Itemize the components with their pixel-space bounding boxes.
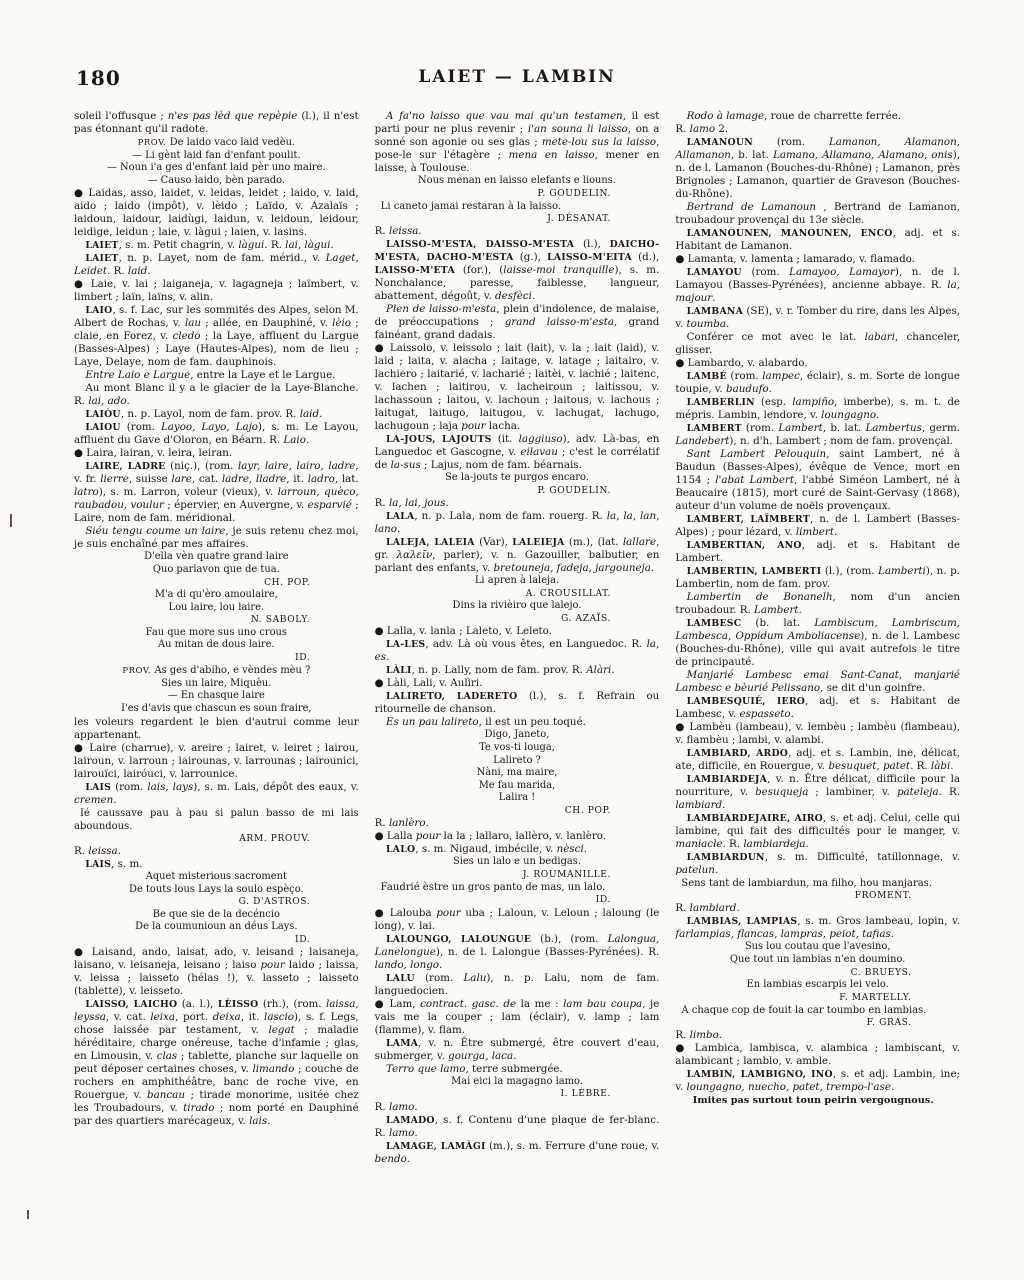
- page-header: 180 LAIET — LAMBIN: [74, 66, 960, 96]
- block-attr: ID.: [74, 934, 359, 946]
- block-prov: — En chasque laire: [74, 690, 359, 703]
- block-entry: LAIS, s. m.: [74, 858, 359, 871]
- block-attr: P. GOUDELIN.: [375, 188, 660, 200]
- block-entry: LAMBIAS, LAMPIAS, s. m. Gros lambeau, lo…: [675, 915, 960, 941]
- block-flush: R. leissa.: [375, 225, 660, 238]
- block-entry: LAMA, v. n. Être submergé, être couvert …: [375, 1037, 660, 1063]
- block-entry: LAMAGE, LAMÀGI (m.), s. m. Ferrure d'une…: [375, 1140, 660, 1166]
- block-flush: R. lambiard.: [675, 902, 960, 915]
- block-entry: Bertrand de Lamanoun , Bertrand de Laman…: [675, 201, 960, 227]
- dictionary-page: 180 LAIET — LAMBIN soleil l'offusque ; n…: [0, 0, 1024, 1166]
- block-bullet: ● Lalouba pour uba ; Laloun, v. Leloun ;…: [375, 907, 660, 933]
- block-entry: LALU (rom. Lalu), n. p. Lalu, nom de fam…: [375, 972, 660, 998]
- block-bullet: ● Laisand, ando, laisat, ado, v. leisand…: [74, 946, 359, 998]
- block-prov: PROV. As ges d'abiho, e vèndes mèu ?: [74, 664, 359, 678]
- block-entry: Terro que lamo, terre submergée.: [375, 1063, 660, 1076]
- block-prov: — Noun i'a ges d'enfant laid pèr uno mai…: [74, 162, 359, 175]
- block-entry: LAMBIN, LAMBIGNO, INO, s. et adj. Lambin…: [675, 1068, 960, 1094]
- block-entry: Rodo à lamage, roue de charrette ferrée.: [675, 110, 960, 123]
- block-entry: LAIO, s. f. Lac, sur les sommités des Al…: [74, 304, 359, 369]
- block-bullet: ● Lalla pour la la ; lallaro, lallèro, v…: [375, 830, 660, 843]
- block-bullet: ● Laidas, asso, laidet, v. leidas, leide…: [74, 187, 359, 239]
- block-entry: LALIRETO, LADERETO (l.), s. f. Refrain o…: [375, 690, 660, 716]
- block-entry: Es un pau lalireto, il est un peu toqué.: [375, 716, 660, 729]
- block-verse: Be que sie de la decéncio: [74, 909, 359, 922]
- block-entry: LAMBERTIN, LAMBERTI (l.), (rom. Lamberti…: [675, 565, 960, 591]
- block-entry: LAMBIARD, ARDO, adj. et s. Lambin, ine, …: [675, 747, 960, 773]
- block-bullet: ● Làli, Lali, v. Aulìri.: [375, 677, 660, 690]
- block-verse: En lambias escarpis lei velo.: [675, 979, 960, 992]
- block-bullet: ● Lambica, lambisca, v. alambica ; lambi…: [675, 1042, 960, 1068]
- block-flush: soleil l'offusque ; n'es pas lèd que rep…: [74, 110, 359, 136]
- block-entry: LALOUNGO, LALOUNGUE (b.), (rom. Lalongua…: [375, 933, 660, 972]
- block-bullet: ● Laie, v. lai ; laiganeja, v. lagagneja…: [74, 278, 359, 304]
- block-entry: LAIET, n. p. Layet, nom de fam. mérid., …: [74, 252, 359, 278]
- block-entry: LAMAYOU (rom. Lamayoo, Lamayor), n. de l…: [675, 266, 960, 305]
- block-verse: Dins la rivièiro que lalejo.: [375, 600, 660, 613]
- block-attr: FROMENT.: [675, 890, 960, 902]
- scan-artifact: [27, 1210, 29, 1219]
- block-entry: LAMBÉ (rom. lampec, éclair), s. m. Sorte…: [675, 370, 960, 396]
- block-entry: LAMBIARDEJAIRE, AIRO, s. et adj. Celui, …: [675, 812, 960, 851]
- block-entry: LAISSO, LAICHO (a. l.), LÈISSO (rh.), (r…: [74, 998, 359, 1128]
- block-entry: LAMBERLIN (esp. lampiño, imberbe), s. m.…: [675, 396, 960, 422]
- block-entry: LAMBERTIAN, ANO, adj. et s. Habitant de …: [675, 539, 960, 565]
- block-verse: Quo parlavon que de tua.: [74, 564, 359, 577]
- block-attr: G. D'ASTROS.: [74, 896, 359, 908]
- block-flush: R. la, lai, jous.: [375, 497, 660, 510]
- block-entry: LAMBERT (rom. Lambert, b. lat. Lambertus…: [675, 422, 960, 448]
- block-entry: LAMBESQUIÉ, IERO, adj. et s. Habitant de…: [675, 695, 960, 721]
- block-attr: ARM. PROUV.: [74, 833, 359, 845]
- block-flush: R. lamo 2.: [675, 123, 960, 136]
- block-attr: N. SABOLY.: [74, 614, 359, 626]
- block-attr: P. GOUDELIN.: [375, 485, 660, 497]
- block-prov: PROV. De laido vaco laid vedèu.: [74, 136, 359, 150]
- block-prov: — Causo laido, bèn parado.: [74, 175, 359, 188]
- block-verse: Lalireto ?: [375, 755, 660, 768]
- block-entry: LA-LES, adv. Là où vous êtes, en Langued…: [375, 638, 660, 664]
- block-verse: Li apren à laleja.: [375, 575, 660, 588]
- block-verse: Me fau marida,: [375, 780, 660, 793]
- block-attr: G. AZAÏS.: [375, 613, 660, 625]
- block-verse: D'ella vèn quatre grand laire: [74, 551, 359, 564]
- block-verse: Sus lou coutau que l'avesino,: [675, 941, 960, 954]
- block-entry: LAMANOUNEN, MANOUNEN, ENCO, adj. et s. H…: [675, 227, 960, 253]
- block-entry: LAIS (rom. lais, lays), s. m. Lais, dépô…: [74, 781, 359, 807]
- block-verse: Sies un lalo e un bedigas.: [375, 856, 660, 869]
- column-left: soleil l'offusque ; n'es pas lèd que rep…: [74, 110, 359, 1166]
- block-bullet: ● Lambèu (lambeau), v. lembèu ; lambèu (…: [675, 721, 960, 747]
- block-entry: LAIET, s. m. Petit chagrin, v. làgui. R.…: [74, 239, 359, 252]
- block-entry: LA-JOUS, LAJOUTS (it. laggiuso), adv. Là…: [375, 433, 660, 472]
- block-verse: Nous menan en laisso elefants e liouns.: [375, 175, 660, 188]
- block-flush: R. lamo.: [375, 1101, 660, 1114]
- block-qleft: Sens tant de lambiardun, ma filho, hou m…: [675, 877, 960, 890]
- block-bullet: ● Lam, contract. gasc. de la me : lam ba…: [375, 998, 660, 1037]
- block-flush: R. limbo.: [675, 1029, 960, 1042]
- block-bullet: ● Laissolo, v. leissolo ; lait (lait), v…: [375, 342, 660, 433]
- block-attr: ID.: [375, 894, 660, 906]
- column-right: Rodo à lamage, roue de charrette ferrée.…: [675, 110, 960, 1166]
- block-flush: R. lanlèro.: [375, 817, 660, 830]
- block-entry: LAMADO, s. f. Contenu d'une plaque de fe…: [375, 1114, 660, 1140]
- block-entry: Manjarié Lambesc emai Sant-Canat, manjar…: [675, 669, 960, 695]
- block-prov: Sies un laire, Miquèu.: [74, 678, 359, 691]
- block-qleft: Li caneto jamai restaran à la laisso.: [375, 200, 660, 213]
- block-attr: CH. POP.: [74, 577, 359, 589]
- block-entry: LAMBERT, LAÏMBERT, n. de l. Lambert (Bas…: [675, 513, 960, 539]
- block-entry: LAIRE, LADRE (niç.), (rom. layr, laire, …: [74, 460, 359, 525]
- block-entry: LAMBIARDUN, s. m. Difficulté, tatillonna…: [675, 851, 960, 877]
- column-middle: A fa'no laisso que vau mai qu'un testame…: [375, 110, 660, 1166]
- block-bullet: ● Lamanta, v. lamenta ; lamarado, v. fla…: [675, 253, 960, 266]
- block-entry: Au mont Blanc il y a le glacier de la La…: [74, 382, 359, 408]
- block-attr: J. DÉSANAT.: [375, 213, 660, 225]
- block-verse: Nàni, ma maire,: [375, 767, 660, 780]
- block-entry: LAIOU (rom. Layoo, Layo, Lajo), s. m. Le…: [74, 421, 359, 447]
- block-verse: Lalira !: [375, 792, 660, 805]
- block-entry: LALEJA, LALEIA (Var), LALEIEJA (m.), (la…: [375, 536, 660, 575]
- block-attr: A. CROUSILLAT.: [375, 588, 660, 600]
- block-entry: LAIÒU, n. p. Layol, nom de fam. prov. R.…: [74, 408, 359, 421]
- block-verse: Fau que more sus uno crous: [74, 627, 359, 640]
- block-entry: Siéu tengu coume un laire, je suis reten…: [74, 525, 359, 551]
- block-entry: Conférer ce mot avec le lat. labari, cha…: [675, 331, 960, 357]
- block-entry: A fa'no laisso que vau mai qu'un testame…: [375, 110, 660, 175]
- block-attr: F. GRAS.: [675, 1017, 960, 1029]
- block-attr: ID.: [74, 652, 359, 664]
- block-entry: Plen de laisso-m'esta, plein d'indolence…: [375, 303, 660, 342]
- block-verse: De la coumunioun an déus Lays.: [74, 921, 359, 934]
- block-entry: LAISSO-M'ESTA, DAISSO-M'ESTA (l.), DAICH…: [375, 238, 660, 303]
- block-qleft: Faudrié èstre un gros panto de mas, un l…: [375, 881, 660, 894]
- block-bullet: ● Laire (charrue), v. areire ; lairet, v…: [74, 742, 359, 781]
- block-prov: I'es d'avis que chascun es soun fraire,: [74, 703, 359, 716]
- block-prov: — Li gènt laid fan d'enfant poulit.: [74, 150, 359, 163]
- block-entry: LAMBIARDEJA, v. n. Être délicat, diffici…: [675, 773, 960, 812]
- block-attr: CH. POP.: [375, 805, 660, 817]
- block-verse: Te vos-ti louga,: [375, 742, 660, 755]
- text-columns: soleil l'offusque ; n'es pas lèd que rep…: [74, 110, 960, 1166]
- block-attr: I. LÈBRE.: [375, 1088, 660, 1100]
- page-title: LAIET — LAMBIN: [74, 67, 960, 87]
- block-entry: LAMBESC (b. lat. Lambiscum, Lambriscum, …: [675, 617, 960, 669]
- block-entry: Lambertin de Bonanelh, nom d'un ancien t…: [675, 591, 960, 617]
- block-verse: Mai eici la magagno lamo.: [375, 1076, 660, 1089]
- block-bullet: ● Lambardo, v. alabardo.: [675, 357, 960, 370]
- block-entry: LAMBANA (SE), v. r. Tomber du rire, dans…: [675, 305, 960, 331]
- block-bullet: ● Lalla, v. lanla ; Laleto, v. Leleto.: [375, 625, 660, 638]
- block-verse: Se la-jouts te purgos encaro.: [375, 472, 660, 485]
- block-verse: Digo, Janeto,: [375, 729, 660, 742]
- block-entry: LAMANOUN (rom. Lamanon, Alamanon, Allama…: [675, 136, 960, 201]
- block-entry: Sant Lambert Pelouquin, saint Lambert, n…: [675, 448, 960, 513]
- block-note: Imites pas surtout toun peirin vergougno…: [675, 1094, 960, 1107]
- block-flush: les voleurs regardent le bien d'autrui c…: [74, 716, 359, 742]
- block-verse: De touts lous Lays la soulo espèço.: [74, 884, 359, 897]
- block-flush: R. leissa.: [74, 845, 359, 858]
- block-entry: LALA, n. p. Lala, nom de fam. rouerg. R.…: [375, 510, 660, 536]
- block-verse: Que tout un lambias n'en doumino.: [675, 954, 960, 967]
- block-entry: Entre Laio e Largue, entre la Laye et le…: [74, 369, 359, 382]
- scan-artifact: [10, 514, 12, 527]
- block-verse: M'a di qu'èro amoulaire,: [74, 589, 359, 602]
- block-attr: C. BRUEYS.: [675, 967, 960, 979]
- block-bullet: ● Laira, lairan, v. leira, leiran.: [74, 447, 359, 460]
- block-attr: F. MARTELLY.: [675, 992, 960, 1004]
- block-verse: Lou laire, lou laire.: [74, 602, 359, 615]
- block-attr: J. ROUMANILLE.: [375, 869, 660, 881]
- block-qleft: Ié caussave pau à pau si palun basso de …: [74, 807, 359, 833]
- block-entry: LÀLI, n. p. Lally, nom de fam. prov. R. …: [375, 664, 660, 677]
- block-entry: LALO, s. m. Nigaud, imbécile, v. nèsci.: [375, 843, 660, 856]
- block-verse: Aquet misterious sacroment: [74, 871, 359, 884]
- block-verse: Au mitan de dous laire.: [74, 639, 359, 652]
- block-qleft: A chaque cop de fouit la car toumbo en l…: [675, 1004, 960, 1017]
